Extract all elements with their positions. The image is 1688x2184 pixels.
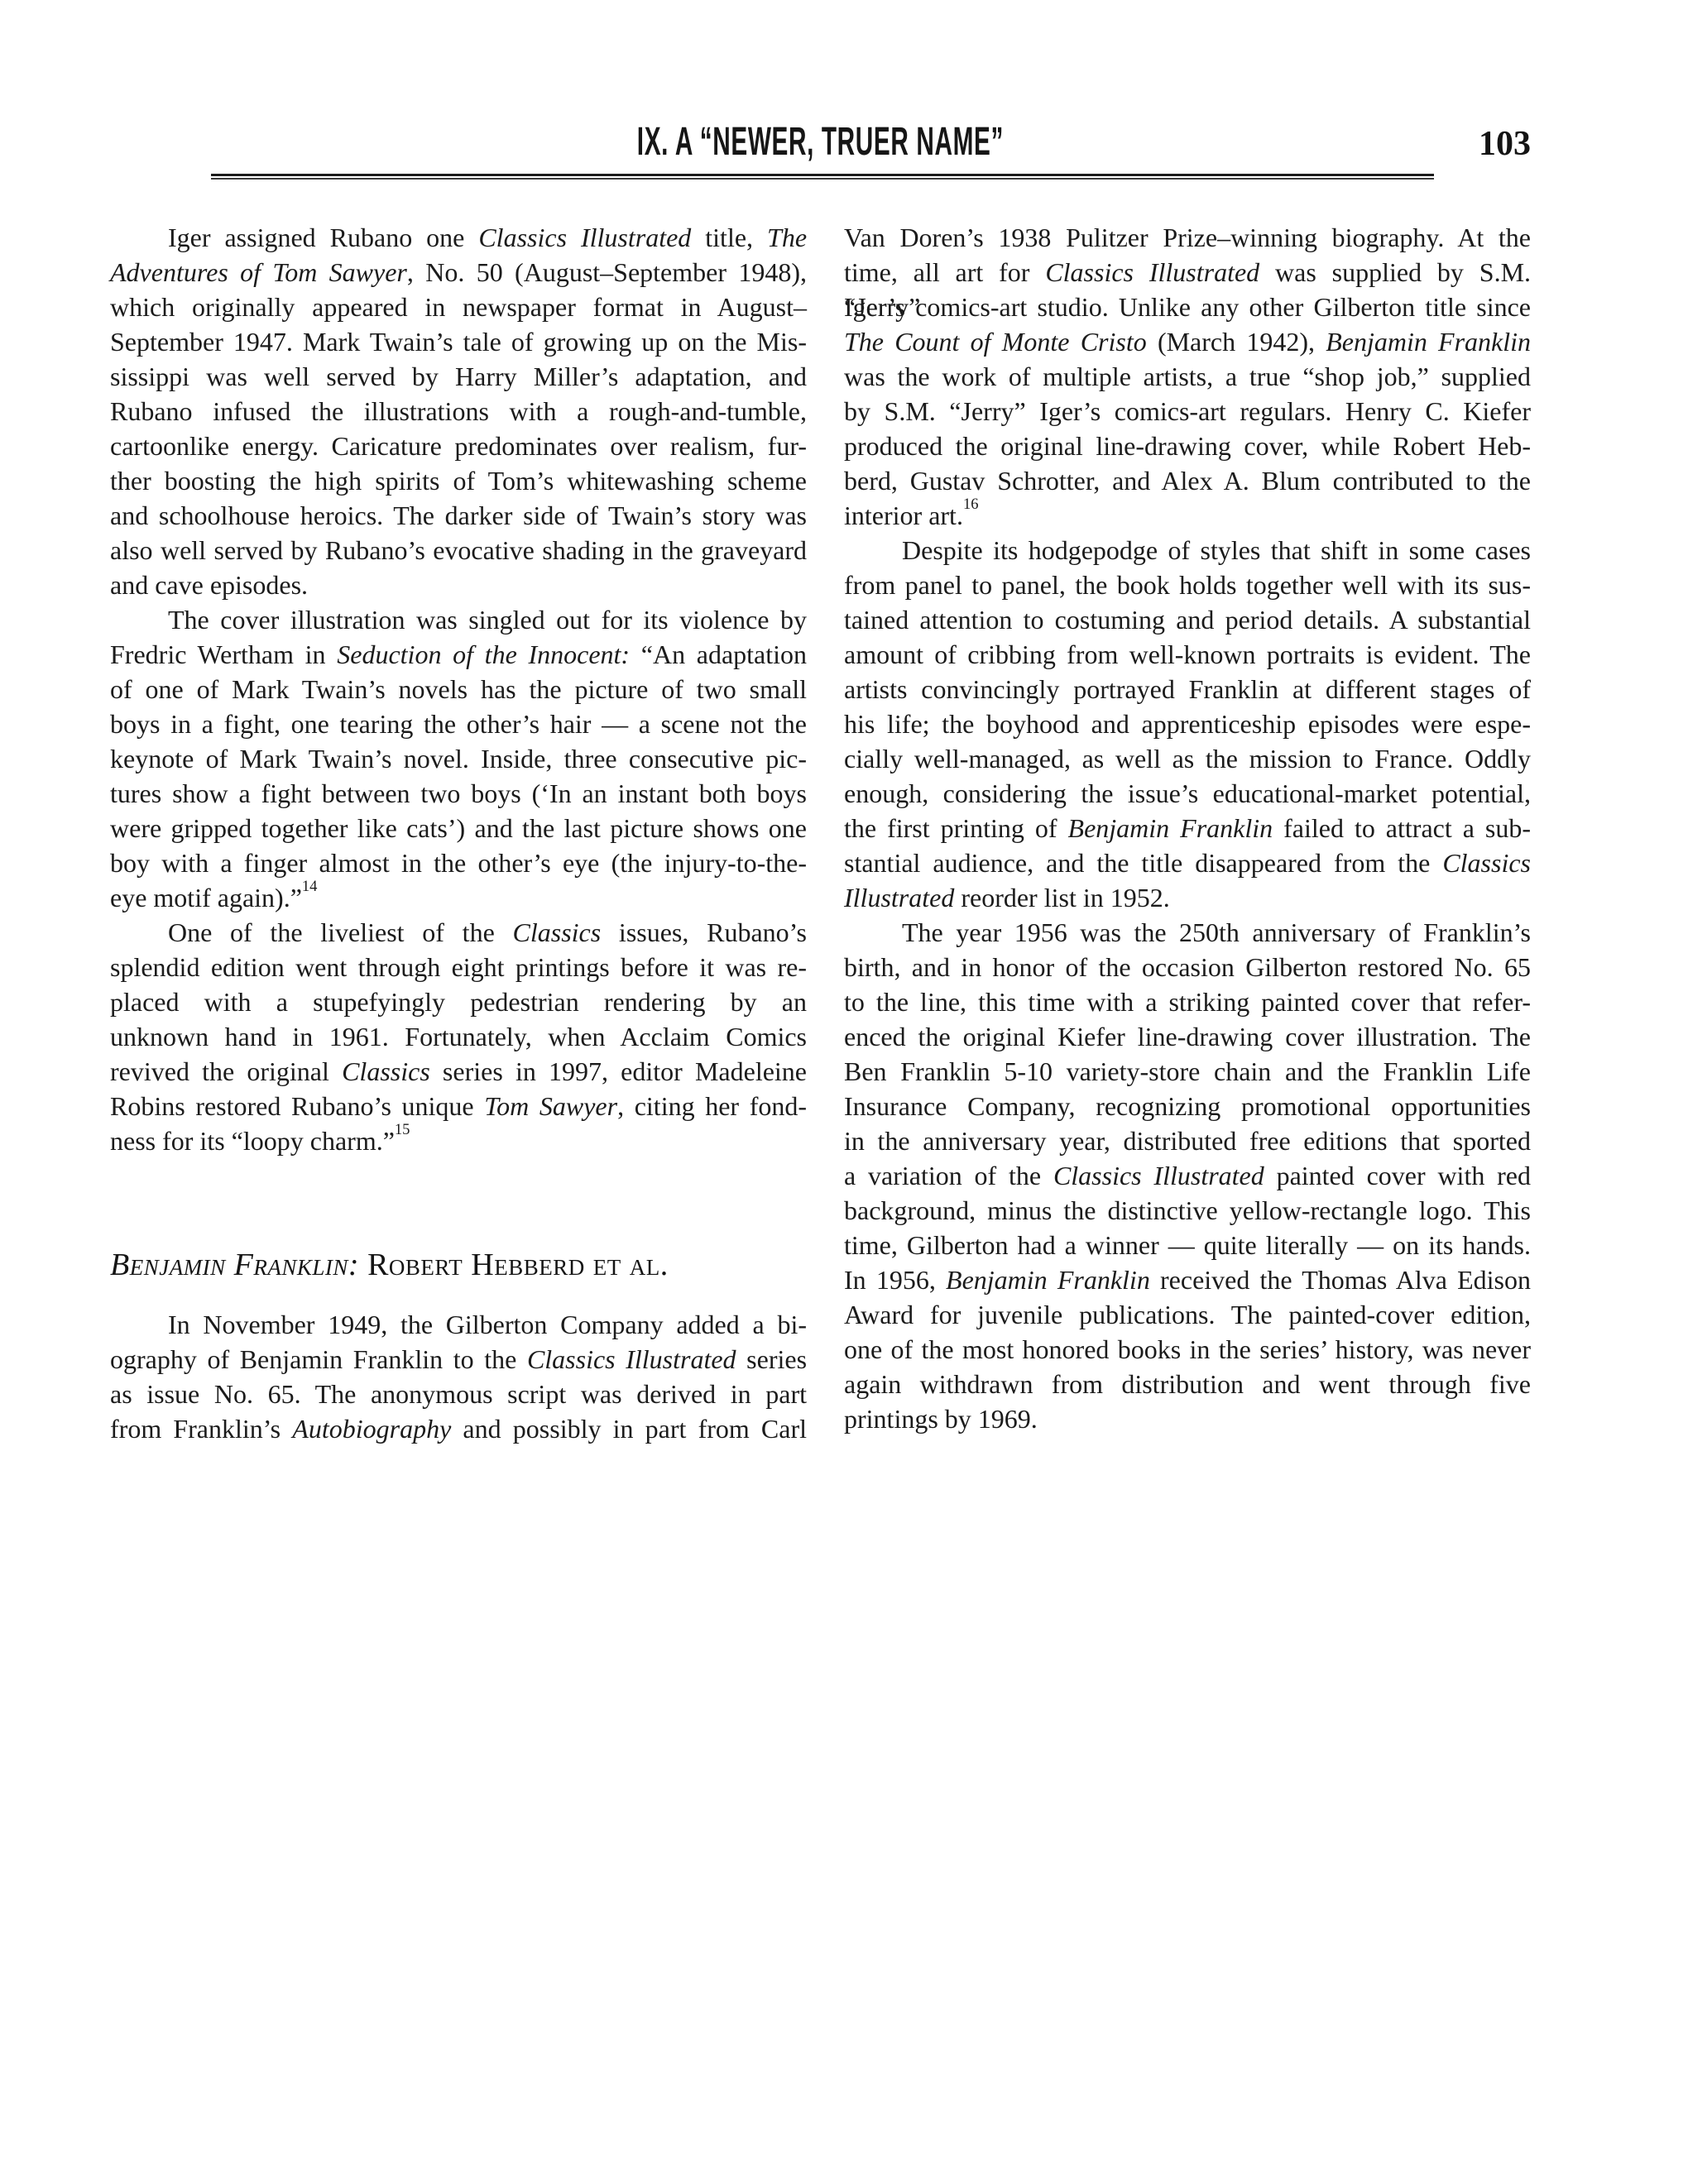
body-line: amount of cribbing from well-known portr… <box>844 637 1531 672</box>
body-line: of one of Mark Twain’s novels has the pi… <box>110 672 807 706</box>
body-line: his life; the boyhood and apprenticeship… <box>844 706 1531 741</box>
body-line: produced the original line-drawing cover… <box>844 429 1531 463</box>
book-page: IX. A “NEWER, TRUER NAME” 103 Iger assig… <box>0 0 1688 2184</box>
body-line: were gripped together like cats’) and th… <box>110 811 807 845</box>
body-line: one of the most honored books in the ser… <box>844 1332 1531 1367</box>
body-line: stantial audience, and the title disappe… <box>844 845 1531 880</box>
body-line: by S.M. “Jerry” Iger’s comics-art regula… <box>844 394 1531 429</box>
body-line: enough, considering the issue’s educatio… <box>844 776 1531 811</box>
body-line: ther boosting the high spirits of Tom’s … <box>110 463 807 498</box>
body-line: Ben Franklin 5-10 variety-store chain an… <box>844 1054 1531 1089</box>
body-line: The Count of Monte Cristo (March 1942), … <box>844 324 1531 359</box>
body-line: splendid edition went through eight prin… <box>110 950 807 984</box>
body-line: cially well-managed, as well as the miss… <box>844 741 1531 776</box>
paragraph: Iger assigned Rubano one Classics Illust… <box>110 220 807 602</box>
body-line: birth, and in honor of the occasion Gilb… <box>844 950 1531 984</box>
body-line: and cave episodes. <box>110 568 807 602</box>
section-heading: Benjamin Franklin: Robert Hebberd et al. <box>110 1245 807 1285</box>
chapter-title-wrap: IX. A “NEWER, TRUER NAME” <box>110 121 1531 173</box>
section-heading-artists: Robert Hebberd et al. <box>359 1248 669 1282</box>
body-line: revived the original Classics series in … <box>110 1054 807 1089</box>
body-line: Van Doren’s 1938 Pulitzer Prize–winning … <box>844 220 1531 255</box>
body-line: The year 1956 was the 250th anniversary … <box>844 915 1531 950</box>
body-line: Robins restored Rubano’s unique Tom Sawy… <box>110 1089 807 1123</box>
paragraph: Van Doren’s 1938 Pulitzer Prize–winning … <box>844 220 1531 533</box>
body-line: boy with a finger almost in the other’s … <box>110 845 807 880</box>
body-line: cartoonlike energy. Caricature predomina… <box>110 429 807 463</box>
body-line: In November 1949, the Gilberton Company … <box>110 1307 807 1342</box>
left-column: Iger assigned Rubano one Classics Illust… <box>110 220 807 1446</box>
body-line: boys in a fight, one tearing the other’s… <box>110 706 807 741</box>
body-line: September 1947. Mark Twain’s tale of gro… <box>110 324 807 359</box>
body-line: Award for juvenile publications. The pai… <box>844 1297 1531 1332</box>
paragraph: One of the liveliest of the Classics iss… <box>110 915 807 1158</box>
body-line: ness for its “loopy charm.”15 <box>110 1123 807 1158</box>
body-line: time, all art for Classics Illustrated w… <box>844 255 1531 290</box>
body-line: to the line, this time with a striking p… <box>844 984 1531 1019</box>
body-line: Iger’s comics-art studio. Unlike any oth… <box>844 290 1531 324</box>
body-line: unknown hand in 1961. Fortunately, when … <box>110 1019 807 1054</box>
body-line: Despite its hodgepodge of styles that sh… <box>844 533 1531 568</box>
body-line: One of the liveliest of the Classics iss… <box>110 915 807 950</box>
body-line: ography of Benjamin Franklin to the Clas… <box>110 1342 807 1377</box>
body-line: again withdrawn from distribution and we… <box>844 1367 1531 1401</box>
body-line: printings by 1969. <box>844 1401 1531 1436</box>
body-line: from Franklin’s Autobiography and possib… <box>110 1411 807 1446</box>
body-line: berd, Gustav Schrotter, and Alex A. Blum… <box>844 463 1531 498</box>
body-line: a variation of the Classics Illustrated … <box>844 1158 1531 1193</box>
page-number: 103 <box>1479 124 1531 164</box>
body-line: background, minus the distinctive yellow… <box>844 1193 1531 1228</box>
body-line: the first printing of Benjamin Franklin … <box>844 811 1531 845</box>
body-line: sissippi was well served by Harry Miller… <box>110 359 807 394</box>
paragraph: The cover illustration was singled out f… <box>110 602 807 915</box>
body-line: was the work of multiple artists, a true… <box>844 359 1531 394</box>
body-line: interior art.16 <box>844 498 1531 533</box>
body-line: Adventures of Tom Sawyer, No. 50 (August… <box>110 255 807 290</box>
body-line: in the anniversary year, distributed fre… <box>844 1123 1531 1158</box>
body-line: time, Gilberton had a winner — quite lit… <box>844 1228 1531 1262</box>
body-line: Iger assigned Rubano one Classics Illust… <box>110 220 807 255</box>
body-line: Fredric Wertham in Seduction of the Inno… <box>110 637 807 672</box>
body-line: from panel to panel, the book holds toge… <box>844 568 1531 602</box>
body-line: as issue No. 65. The anonymous script wa… <box>110 1377 807 1411</box>
paragraph: In November 1949, the Gilberton Company … <box>110 1307 807 1446</box>
body-line: Insurance Company, recognizing promotion… <box>844 1089 1531 1123</box>
body-line: enced the original Kiefer line-drawing c… <box>844 1019 1531 1054</box>
right-column: Van Doren’s 1938 Pulitzer Prize–winning … <box>844 220 1531 1436</box>
body-line: Rubano infused the illustrations with a … <box>110 394 807 429</box>
body-line: also well served by Rubano’s evocative s… <box>110 533 807 568</box>
paragraph: The year 1956 was the 250th anniversary … <box>844 915 1531 1436</box>
paragraph: Despite its hodgepodge of styles that sh… <box>844 533 1531 915</box>
body-line: tures show a fight between two boys (‘In… <box>110 776 807 811</box>
body-line: eye motif again).”14 <box>110 880 807 915</box>
body-line: In 1956, Benjamin Franklin received the … <box>844 1262 1531 1297</box>
chapter-title: IX. A “NEWER, TRUER NAME” <box>637 121 1004 164</box>
body-line: Illustrated reorder list in 1952. <box>844 880 1531 915</box>
body-line: and schoolhouse heroics. The darker side… <box>110 498 807 533</box>
body-line: keynote of Mark Twain’s novel. Inside, t… <box>110 741 807 776</box>
section-heading-title: Benjamin Franklin: <box>110 1248 359 1282</box>
body-line: The cover illustration was singled out f… <box>110 602 807 637</box>
body-line: which originally appeared in newspaper f… <box>110 290 807 324</box>
body-line: tained attention to costuming and period… <box>844 602 1531 637</box>
running-head: IX. A “NEWER, TRUER NAME” 103 <box>110 121 1531 164</box>
body-line: artists convincingly portrayed Franklin … <box>844 672 1531 706</box>
body-line: placed with a stupefyingly pedestrian re… <box>110 984 807 1019</box>
header-rule <box>211 174 1434 180</box>
